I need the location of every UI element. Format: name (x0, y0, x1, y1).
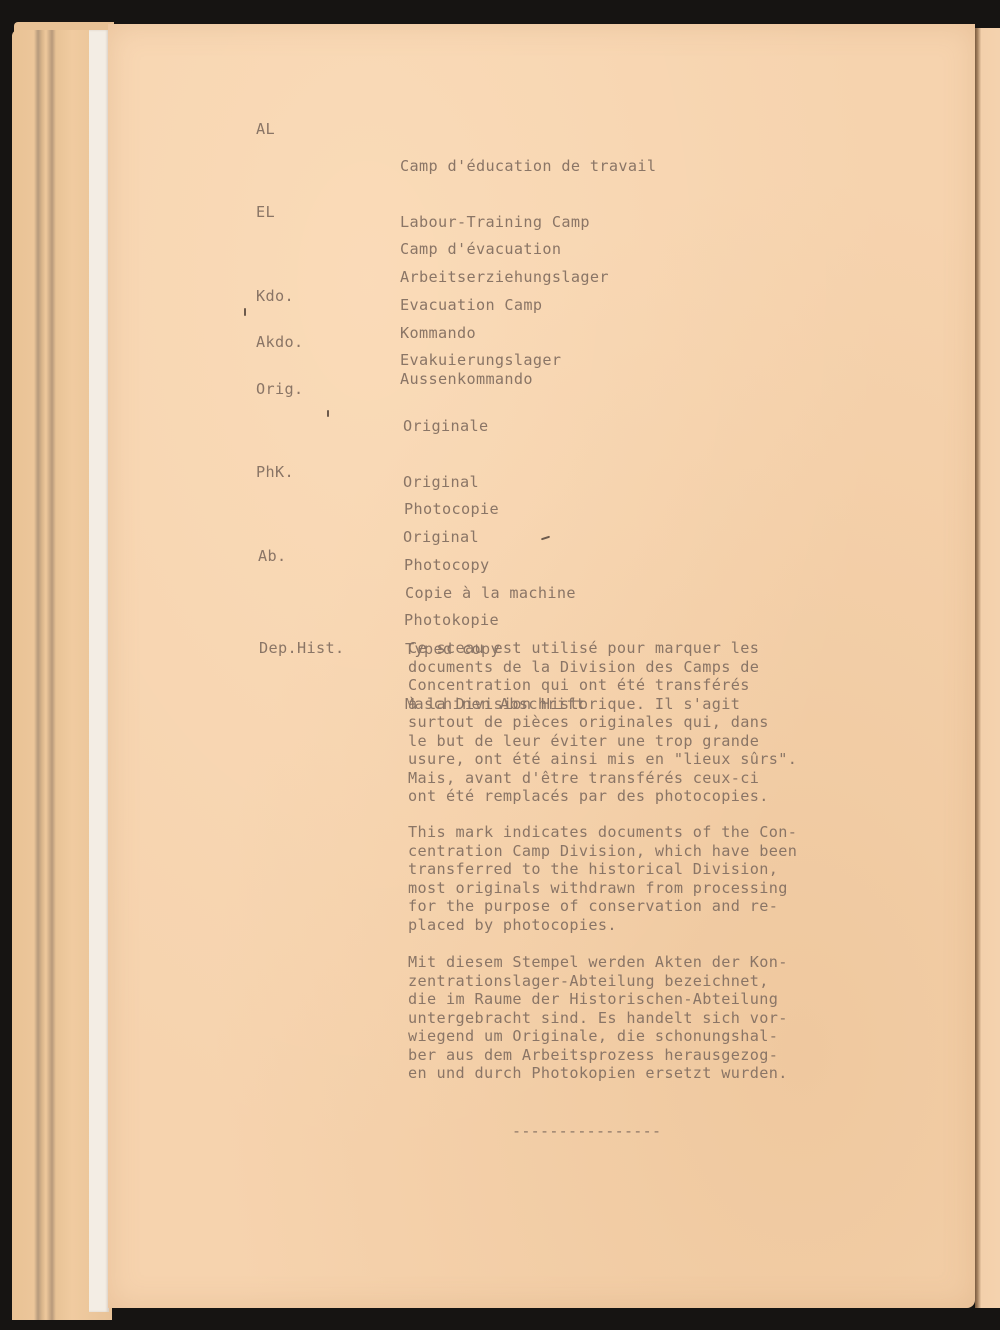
abbreviation-phk: PhK. (256, 463, 294, 482)
abbreviation-akdo: Akdo. (256, 333, 303, 352)
abbreviation-el: EL (256, 203, 275, 222)
definition-line-fr: Photocopie (404, 500, 499, 519)
abbreviation-dep-hist: Dep.Hist. (259, 639, 344, 658)
abbreviation-kdo: Kdo. (256, 287, 294, 306)
dep-hist-paragraph-de: Mit diesem Stempel werden Akten der Kon-… (408, 953, 878, 1083)
end-divider: ---------------- (512, 1122, 661, 1140)
white-insert-sheet (89, 30, 109, 1312)
paper-mark (327, 410, 329, 417)
definition-line-fr: Camp d'éducation de travail (400, 157, 656, 176)
abbreviation-orig: Orig. (256, 380, 303, 399)
scanned-book-spread: AL Camp d'éducation de travail Labour-Tr… (0, 0, 1000, 1330)
abbreviation-al: AL (256, 120, 275, 139)
definition-line-fr: Copie à la machine (405, 584, 585, 603)
dep-hist-paragraph-fr: Ce sceau est utilisé pour marquer les do… (408, 639, 878, 806)
definition-line-fr: Originale (403, 417, 488, 436)
paper-mark (244, 308, 246, 316)
next-page-edge (975, 28, 1000, 1308)
abbreviation-ab: Ab. (258, 547, 286, 566)
definition-line-fr: Camp d'évacuation (400, 240, 561, 259)
dep-hist-paragraph-en: This mark indicates documents of the Con… (408, 823, 878, 934)
